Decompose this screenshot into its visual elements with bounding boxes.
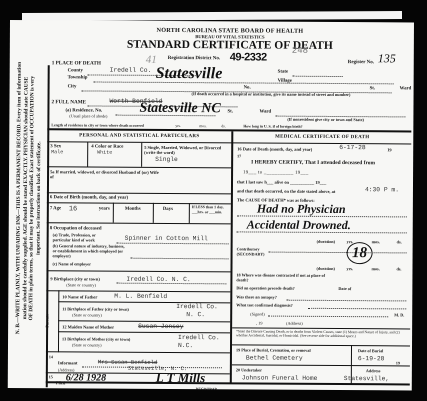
- length-of-residence-note: Length of residence in city or town wher…: [51, 123, 143, 128]
- row-rule-1: [47, 166, 231, 168]
- row-rule-9: [58, 331, 230, 333]
- duration-label-1: (duration): [317, 239, 335, 244]
- parents-label: Parents: [44, 314, 49, 328]
- duration-ds-1: ds.: [397, 239, 402, 244]
- county-label: County: [68, 68, 83, 73]
- row-rule-4: [47, 222, 231, 224]
- industry-line: [131, 258, 229, 260]
- operation-date-label: Date of: [338, 286, 351, 291]
- township-value: Statesville: [156, 65, 223, 83]
- row-rule-2: [47, 192, 231, 194]
- registration-district-label: Registration District No.: [168, 56, 220, 61]
- margin-instructions-text: N. B.—WRITE PLAINLY, WITH UNFADING INK—T…: [15, 28, 43, 368]
- industry-label: (b) General nature of industry, business…: [53, 244, 127, 259]
- stamp-number: 248: [292, 46, 308, 56]
- contributory-label: Contributory (SECONDARY): [237, 246, 267, 256]
- hospital-note: (If death occurred in a hospital or inst…: [192, 91, 351, 97]
- age-value: 16: [69, 205, 77, 213]
- trade-label: (a) Trade, Profession, or particular kin…: [53, 233, 113, 243]
- residence-ward-label: Ward: [259, 110, 271, 115]
- residence-value: Statesville NC: [139, 101, 220, 117]
- death-certificate: N. B.—WRITE PLAINLY, WITH UNFADING INK—T…: [8, 20, 414, 390]
- village-label: Village: [278, 79, 292, 84]
- duration-mos-2: mos.: [371, 266, 379, 271]
- informant-label: Informant: [58, 360, 78, 365]
- years-label: years: [99, 207, 110, 212]
- trade-line: [117, 243, 229, 245]
- burial-date-label: Date of Burial: [358, 348, 383, 353]
- state-label: State: [278, 70, 288, 75]
- date-of-death-label: 16 Date of Death (month, day, and year): [237, 146, 312, 151]
- personal-section-title: PERSONAL AND STATISTICAL PARTICULARS: [47, 133, 231, 139]
- county-value: Iredell Co.: [110, 67, 152, 74]
- place-of-death-label: 1 PLACE OF DEATH: [52, 60, 101, 66]
- row-rule-5: [46, 270, 230, 272]
- age-divider-2: [153, 203, 154, 223]
- time-of-death: 4:30 P m.: [365, 186, 399, 193]
- column-divider: [230, 131, 234, 383]
- md-label: M. D.: [394, 312, 404, 317]
- father-birth-sub: (State or country): [72, 312, 102, 317]
- spouse-label: 5a If married, widowed, or divorced Husb…: [50, 169, 160, 180]
- father-birth-city: Iredell Co.: [176, 303, 218, 310]
- burial-place-value: Bethel Cemetery: [246, 354, 303, 361]
- employer-label: (c) Name of employer: [52, 261, 91, 266]
- signed-year: , 19: [256, 321, 262, 326]
- mother-birth-label: 13 Birthplace of Mother (city or town): [62, 336, 130, 341]
- contributory-line: [269, 252, 407, 254]
- attended-dates-line: 19___ to ___________ 19___: [243, 170, 309, 175]
- duration-ds-2: ds.: [396, 266, 401, 271]
- ward-label: Ward: [400, 86, 412, 91]
- residence-yrs: yrs.: [175, 124, 181, 128]
- foreign-birth-note: How long in U. S. if of foreign birth?: [243, 124, 302, 128]
- burial-date-value: 6-19-28: [358, 355, 384, 362]
- color-value: White: [97, 150, 112, 156]
- mother-birth-city: Iredell Co.: [178, 334, 220, 341]
- operation-label: Did an operation precede death?: [236, 285, 294, 290]
- death-year-suffix: 19: [387, 147, 391, 152]
- marital-value: Single: [155, 156, 178, 163]
- township-label: Township: [68, 75, 88, 80]
- undertaker-rule: [232, 364, 410, 366]
- occupation-label: 8 Occupation of deceased: [50, 226, 102, 231]
- undertaker-address-value: Statesville,: [344, 375, 389, 382]
- registrar-label: REGISTRAR: [196, 387, 217, 391]
- mother-birth-state: N.C.: [178, 342, 193, 349]
- days-label: Days: [163, 207, 173, 212]
- signed-label: (Signed): [250, 311, 264, 316]
- color-divider: [141, 143, 142, 167]
- circled-mark: 18: [347, 242, 373, 264]
- residence-sub: (Usual place of abode): [69, 113, 107, 118]
- less-than-day-label: If LESS than 1 day, ___hrs. or ___min.: [192, 205, 230, 214]
- row-rule-3: [47, 202, 231, 204]
- left-margin-instructions: N. B.—WRITE PLAINLY, WITH UNFADING INK—T…: [8, 20, 48, 388]
- no-label: No.: [244, 85, 251, 90]
- residence-ds: ds.: [221, 124, 225, 128]
- undertaker-label: 20 Undertaker: [236, 367, 262, 372]
- sex-value: Male: [51, 149, 63, 155]
- mother-label: 12 Maiden Name of Mother: [62, 324, 114, 329]
- item-17-number: 17: [237, 153, 241, 158]
- registration-district-number: 49-2332: [230, 51, 267, 63]
- birthplace-label: 9 Birthplace (city or town): [50, 276, 99, 281]
- age-divider-1: [113, 203, 114, 223]
- sex-divider: [87, 142, 88, 166]
- certificate-title: STANDARD CERTIFICATE OF DEATH: [48, 38, 412, 52]
- nonresident-note: (If nonresident give city or town and St…: [287, 117, 364, 122]
- birthplace-value: Iredell Co. N. C.: [126, 276, 190, 283]
- duration-label-2: (duration): [316, 266, 334, 271]
- certificate-form: NORTH CAROLINA STATE BOARD OF HEALTH BUR…: [46, 20, 412, 384]
- mother-value: Susan Jonsey: [138, 323, 183, 330]
- st-label: St.: [370, 86, 375, 91]
- duration-mos-1: mos.: [372, 239, 380, 244]
- city-label: City: [68, 84, 77, 89]
- father-birth-state: N. C.: [186, 311, 205, 318]
- birthplace-sub: (State or country): [66, 282, 96, 287]
- physician-address-label: (Address): [286, 321, 303, 326]
- father-value: M. L. Benfield: [114, 293, 167, 300]
- mother-birth-sub: (State or country): [72, 342, 102, 347]
- filed-number: 15: [49, 374, 53, 379]
- township-line: [94, 82, 394, 85]
- diagnosis-label: What test confirmed diagnosis?: [236, 302, 292, 307]
- register-number: 135: [378, 51, 396, 66]
- dob-label: 6 Date of Birth (month, day, and year): [50, 195, 128, 200]
- informant-number: 14: [49, 354, 53, 359]
- cause-dots-2: [237, 231, 407, 233]
- header-rule: [47, 128, 411, 132]
- signature-line: [268, 316, 388, 318]
- undertaker-value: Johnson Funeral Home: [242, 374, 318, 381]
- age-label: 7 Age: [50, 206, 61, 211]
- father-birth-label: 11 Birthplace of Father (city or town): [62, 306, 129, 311]
- months-label: Months: [125, 207, 141, 212]
- duration-yrs-2: yrs.: [346, 266, 353, 271]
- last-saw-alive-line: that I last saw h___ alive on __________…: [237, 179, 326, 185]
- death-occurred-line: and that death occurred, on the date sta…: [237, 188, 335, 194]
- burial-rule: [232, 344, 410, 346]
- register-label: Register No.: [348, 60, 374, 65]
- state-line: [293, 76, 343, 77]
- undertaker-address-label: Address: [366, 368, 381, 373]
- date-of-death-value: 6-17-28: [339, 144, 365, 151]
- autopsy-line: [286, 300, 406, 302]
- marital-label: 5 Single, Married, Widowed, or Divorced …: [144, 145, 230, 156]
- burial-divider: [351, 345, 352, 365]
- father-label: 10 Name of Father: [62, 294, 97, 299]
- trade-value: Spinner in Cotton Mill: [125, 235, 208, 243]
- diagnosis-line: [308, 308, 406, 310]
- residence-st-label: St.: [227, 109, 232, 114]
- row-rule-10: [46, 351, 230, 353]
- full-name-label: 2 FULL NAME: [51, 99, 86, 105]
- age-divider-3: [189, 203, 190, 223]
- medical-section-title: MEDICAL CERTIFICATE OF DEATH: [233, 134, 411, 140]
- disease-contracted-label: 18 Where was disease contracted if not a…: [236, 272, 326, 283]
- cause-footnote: *State the Disease Causing Death, or in …: [236, 329, 408, 339]
- residence-mos: mos.: [199, 124, 206, 128]
- certify-statement: I HEREBY CERTIFY, That I attended deceas…: [251, 159, 375, 166]
- burial-place-label: 19 Place of Burial, Cremation, or remova…: [236, 347, 311, 352]
- autopsy-label: Was there an autopsy?: [236, 294, 277, 299]
